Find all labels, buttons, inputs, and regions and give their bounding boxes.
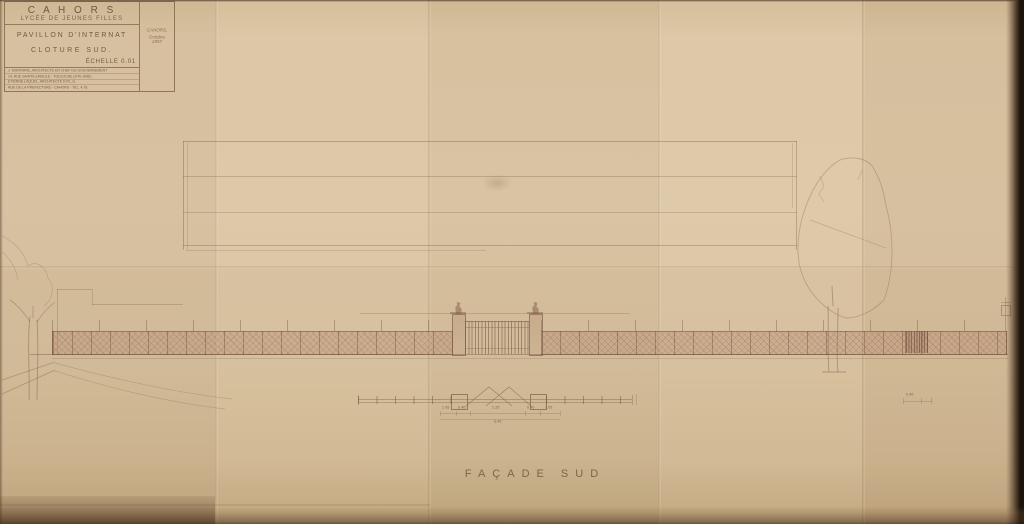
dim-tick — [470, 411, 471, 416]
title-block-divider — [139, 2, 140, 91]
dim-line — [440, 413, 560, 414]
title-block-rule — [5, 73, 139, 74]
title-drawing: CLOTURE SUD. — [5, 47, 139, 54]
gate-swing-lines — [466, 387, 531, 406]
dim-tick — [525, 411, 526, 416]
drawing-sheet: 1.05 0.40 2.25 0.40 1.05 6.45 0.40 FAÇAD… — [0, 0, 1024, 524]
title-school: LYCÉE DE JEUNES FILLES — [5, 16, 139, 22]
dim-value: 2.25 — [492, 406, 499, 410]
detail-tick — [921, 398, 922, 404]
title-date: Octobre 1957 — [147, 35, 168, 44]
plan-end-tick — [636, 394, 637, 405]
scan-edge-right — [1006, 0, 1024, 524]
dim-tick — [540, 411, 541, 416]
plan-posts — [358, 396, 452, 404]
dim-value: 0.40 — [458, 406, 465, 410]
detail-tick — [931, 397, 932, 404]
dim-value: 0.40 — [527, 406, 534, 410]
title-block-rule — [5, 67, 139, 68]
dim-total: 6.45 — [494, 420, 501, 424]
title-project: PAVILLON D'INTERNAT — [5, 32, 139, 39]
credit-line: J. MONTARIÉ, ARCHITECTE EN CHEF DU GOUVE… — [8, 69, 137, 73]
title-block-rule — [5, 24, 139, 25]
dim-tick — [560, 411, 561, 416]
plan-end-tick — [632, 395, 633, 405]
title-block-rule — [5, 79, 139, 80]
dim-tick — [456, 411, 457, 416]
dim-value: 1.05 — [442, 406, 449, 410]
tree-right-inner — [810, 170, 886, 248]
tree-left-foliage — [2, 236, 52, 306]
detail-line — [903, 401, 933, 402]
credit-line: RUE DE LA PRÉFECTURE - CAHORS - TÉL. 4.7… — [8, 86, 137, 90]
caption-facade-sud: FAÇADE SUD — [430, 468, 640, 480]
plan-posts — [546, 396, 632, 404]
credit-line: ÉTIENNE LAQUEL, ARCHITECTE D.P.L.G. — [8, 80, 137, 84]
detail-dim: 0.40 — [906, 393, 913, 397]
detail-tick — [903, 398, 904, 404]
corner-shadow-bottom-left — [0, 496, 215, 524]
title-scale: ÉCHELLE 0.01 — [86, 59, 136, 65]
tree-right-outline — [798, 158, 892, 318]
title-city: C A H O R S — [5, 5, 139, 16]
tree-right-trunk — [822, 286, 846, 372]
path-curves — [55, 363, 232, 409]
credit-line: 14, RUE SAINTE-URSULE - TOULOUSE (HTE-GN… — [8, 75, 137, 79]
scan-edge-top — [0, 0, 1024, 2]
scan-edge-left — [0, 0, 3, 524]
tree-left-trunk — [29, 316, 38, 400]
title-block: C A H O R S LYCÉE DE JEUNES FILLES PAVIL… — [4, 1, 175, 92]
dim-tick — [440, 411, 441, 416]
title-block-rule — [5, 84, 139, 85]
title-place: CAHORS, — [147, 28, 168, 33]
plan-end-tick — [358, 395, 359, 405]
dim-value: 1.05 — [545, 406, 552, 410]
tree-left-branches — [10, 300, 55, 322]
